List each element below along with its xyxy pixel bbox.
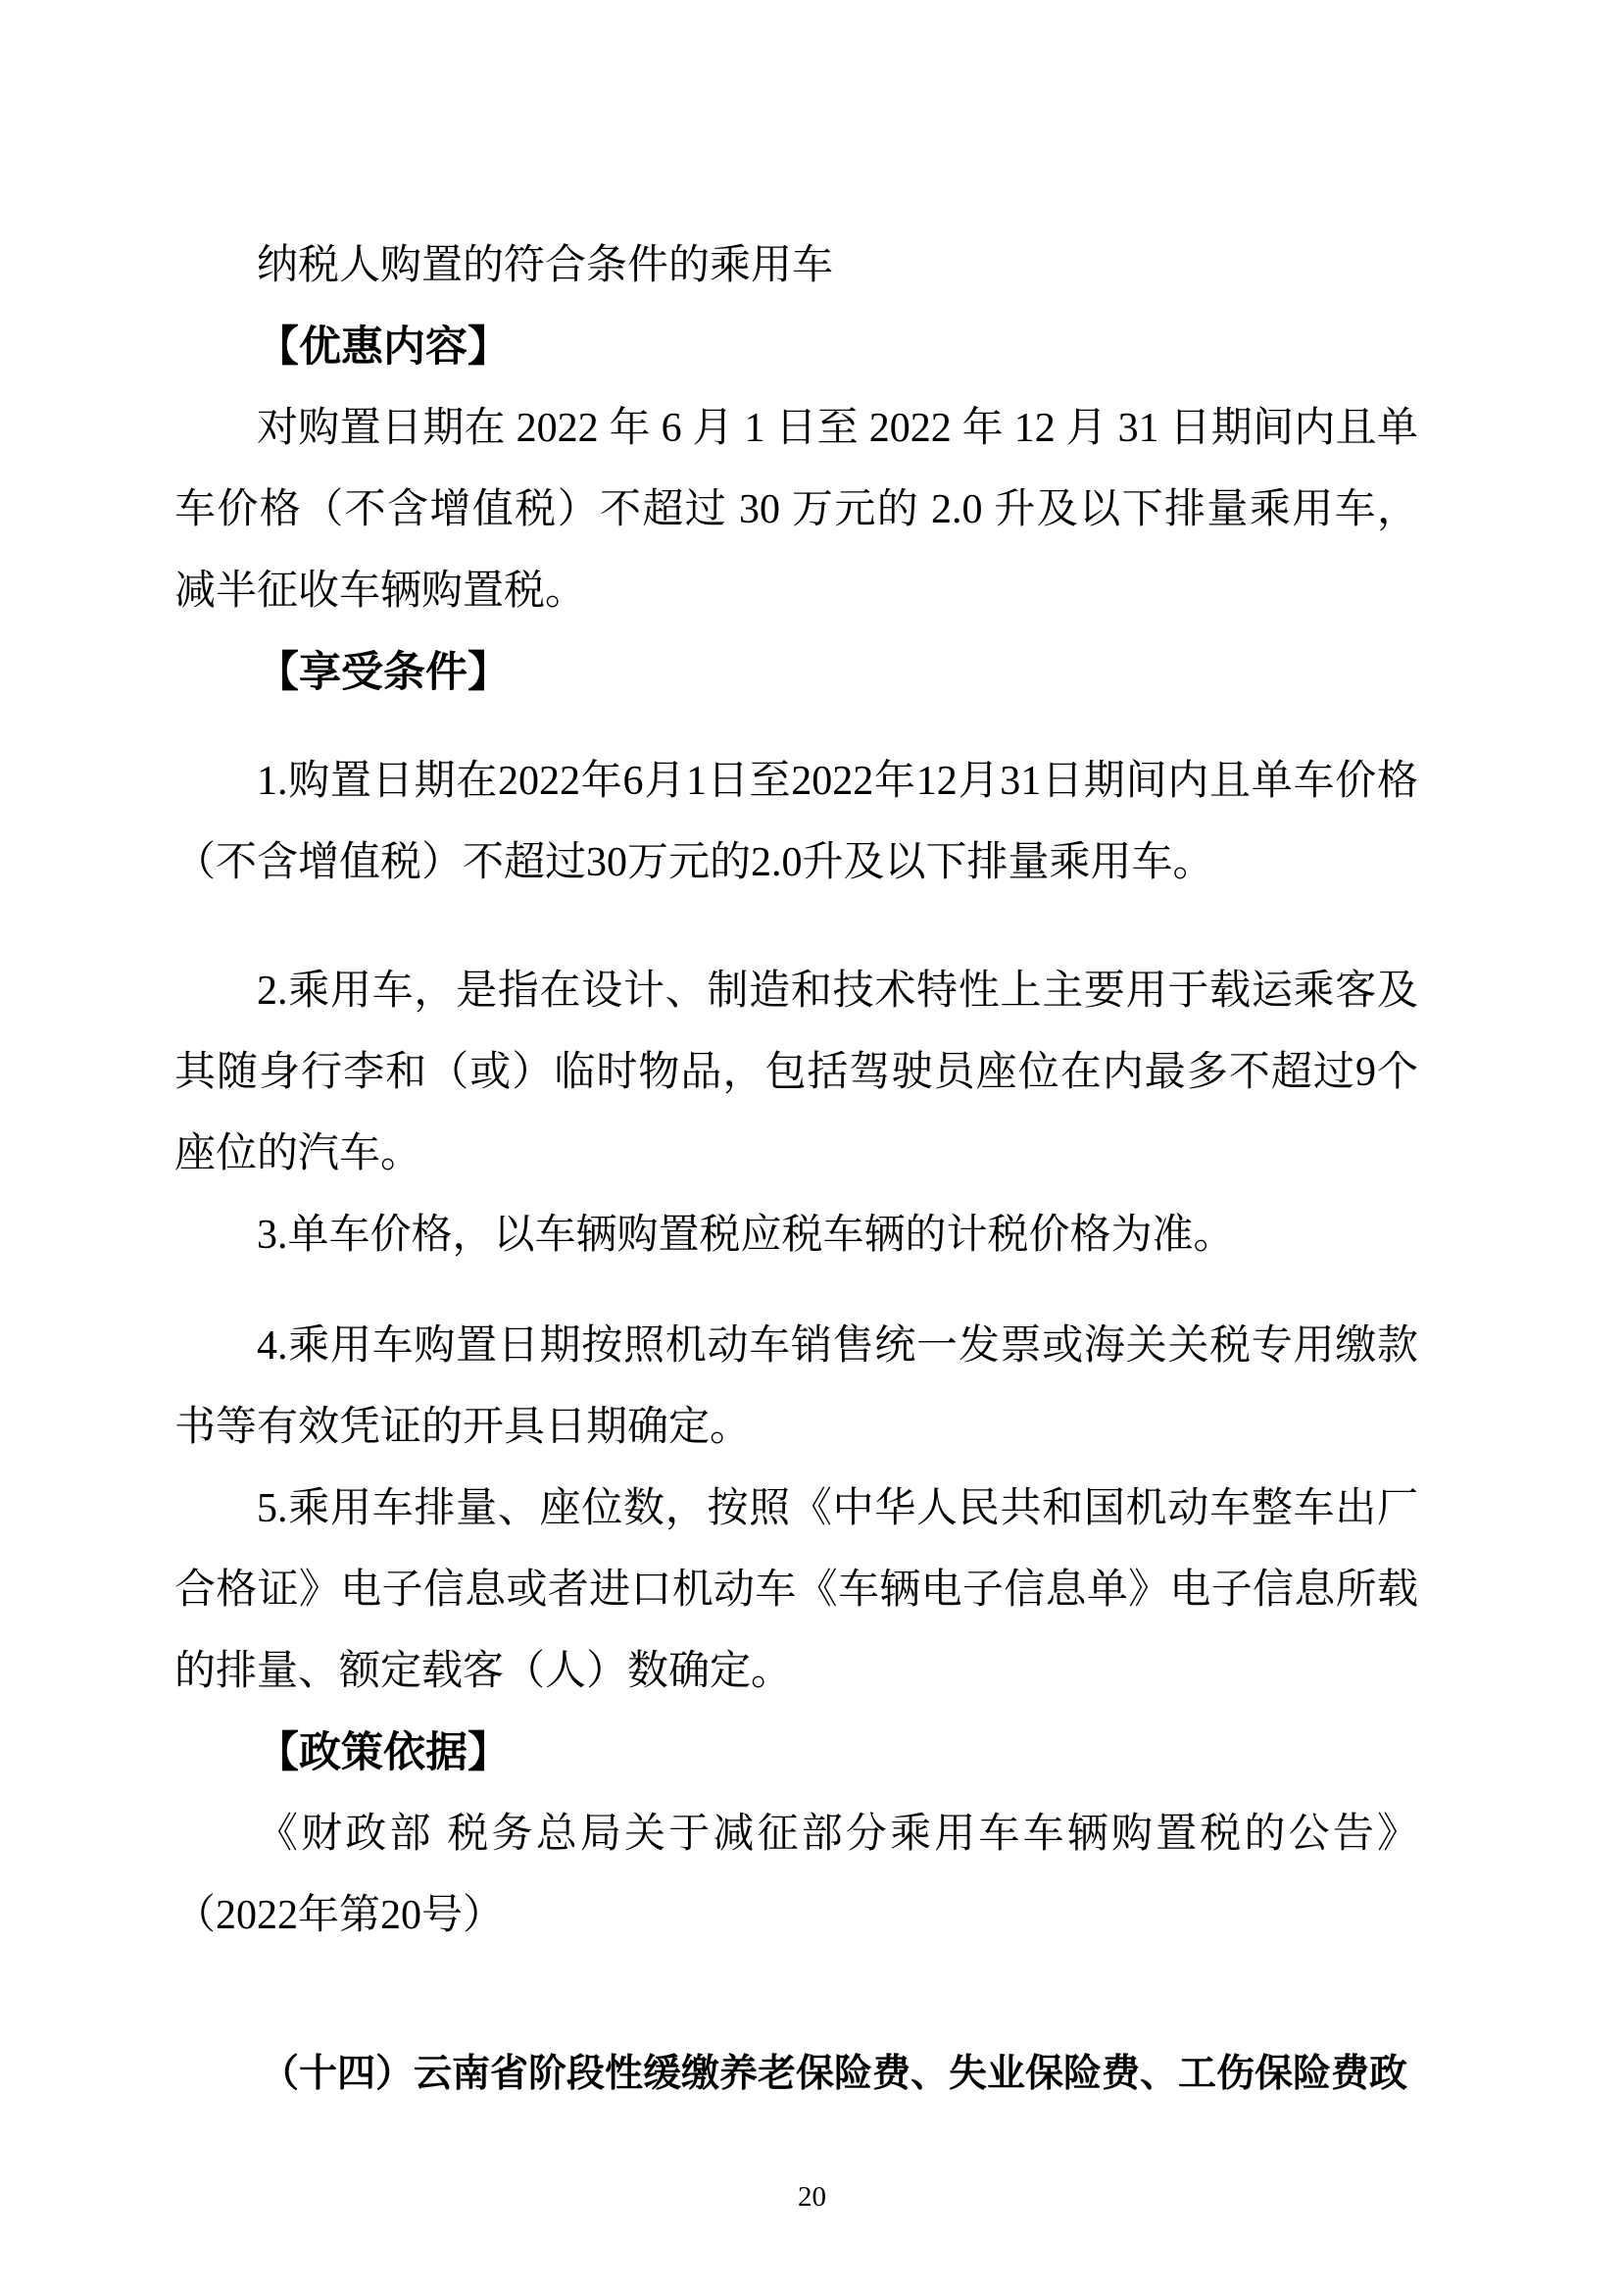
intro-paragraph: 纳税人购置的符合条件的乘用车 [174,225,1418,307]
policy-basis-paragraph: 《财政部 税务总局关于减征部分乘用车车辆购置税的公告》（2022年第20号） [174,1794,1418,1957]
page-number: 20 [798,2181,826,2213]
next-section-heading: （十四）云南省阶段性缓缴养老保险费、失业保险费、工伤保险费政 [174,2032,1418,2117]
document-page: 纳税人购置的符合条件的乘用车 【优惠内容】 对购置日期在 2022 年 6 月 … [0,0,1624,2292]
section-heading-policy-basis: 【政策依据】 [174,1713,1418,1794]
benefit-content-paragraph: 对购置日期在 2022 年 6 月 1 日至 2022 年 12 月 31 日期… [174,388,1418,632]
section-heading-eligibility-conditions: 【享受条件】 [174,632,1418,714]
document-content: 纳税人购置的符合条件的乘用车 【优惠内容】 对购置日期在 2022 年 6 月 … [174,225,1418,2117]
condition-item-3: 3.单车价格，以车辆购置税应税车辆的计税价格为准。 [174,1195,1418,1276]
page-footer: 20 [0,2181,1624,2213]
condition-item-1: 1.购置日期在2022年6月1日至2022年12月31日期间内且单车价格（不含增… [174,741,1418,904]
section-heading-benefit-content: 【优惠内容】 [174,307,1418,388]
condition-item-4: 4.乘用车购置日期按照机动车销售统一发票或海关关税专用缴款书等有效凭证的开具日期… [174,1306,1418,1469]
condition-item-5: 5.乘用车排量、座位数，按照《中华人民共和国机动车整车出厂合格证》电子信息或者进… [174,1469,1418,1713]
condition-item-2: 2.乘用车，是指在设计、制造和技术特性上主要用于载运乘客及其随身行李和（或）临时… [174,951,1418,1195]
